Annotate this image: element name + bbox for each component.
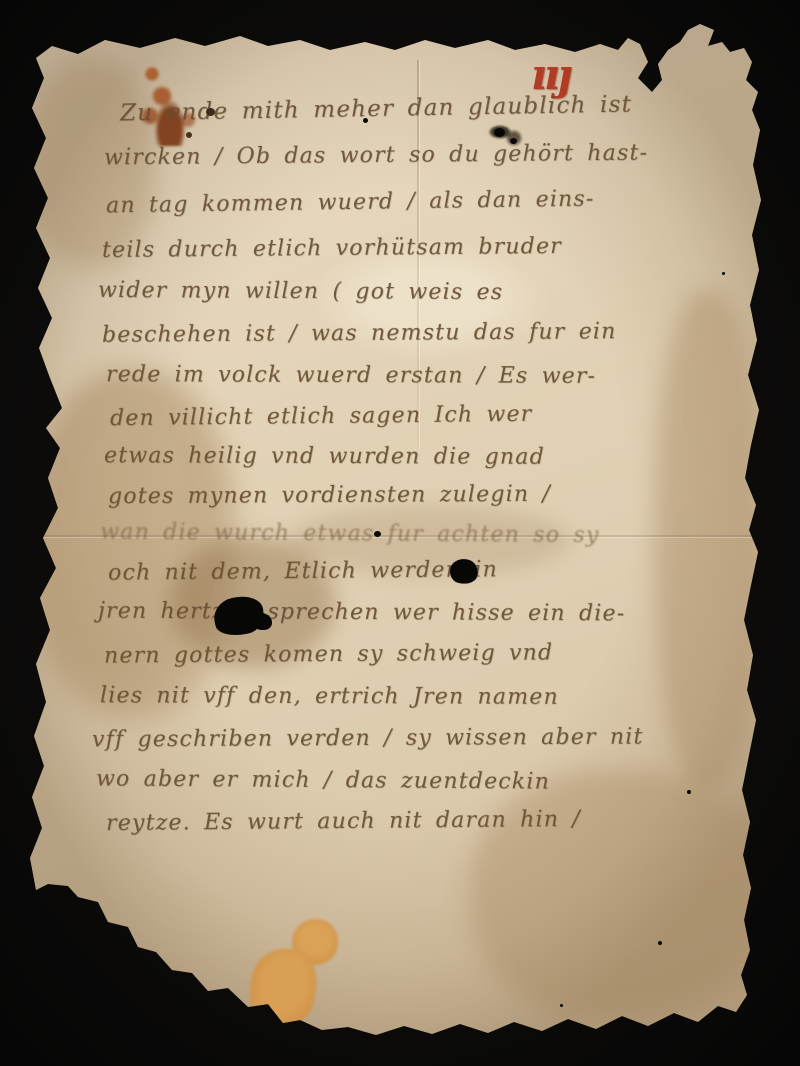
manuscript-line: wircken / Ob das wort so du gehört hast- xyxy=(104,141,648,171)
folio-number: ııȷ xyxy=(531,50,569,99)
ink-speck xyxy=(658,941,662,945)
manuscript-line: lies nit vff den, ertrich Jren namen xyxy=(100,683,559,710)
manuscript-line-faded: wan die wurch etwas fur achten so sy xyxy=(100,519,599,547)
wax-stain-blob xyxy=(241,941,324,1035)
manuscript-photo: ııȷ Zu ende mith meher dan glaublich ist… xyxy=(0,0,800,1066)
manuscript-line: teils durch etlich vorhütsam bruder xyxy=(102,234,562,263)
manuscript-line: gotes mynen vordiensten zulegin / xyxy=(108,482,551,509)
ink-speck xyxy=(494,128,505,137)
manuscript-line: etwas heilig vnd wurden die gnad xyxy=(104,443,545,470)
manuscript-line: wider myn willen ( got weis es xyxy=(98,278,503,305)
ink-speck xyxy=(186,132,192,138)
manuscript-line: den villicht etlich sagen Ich wer xyxy=(110,402,533,431)
manuscript-line: reytze. Es wurt auch nit daran hin / xyxy=(106,807,581,836)
manuscript-line: beschehen ist / was nemstu das fur ein xyxy=(102,319,617,348)
ink-speck xyxy=(560,1004,563,1007)
manuscript-line: och nit dem, Etlich werden in xyxy=(108,557,498,585)
ink-speck xyxy=(687,790,691,794)
manuscript-line: Zu ende mith meher dan glaublich ist xyxy=(120,92,632,127)
ink-speck xyxy=(206,108,215,116)
manuscript-line: an tag kommen wuerd / als dan eins- xyxy=(106,187,595,219)
ink-speck xyxy=(722,272,725,275)
manuscript-leaf: ııȷ Zu ende mith meher dan glaublich ist… xyxy=(0,0,800,1066)
paper-hole xyxy=(252,613,272,630)
water-stain-right xyxy=(655,290,760,790)
manuscript-line: nern gottes komen sy schweig vnd xyxy=(104,640,554,668)
paper-hole xyxy=(374,531,381,537)
manuscript-line: jren hertzen sprechen wer hisse ein die- xyxy=(98,599,625,627)
manuscript-line: wo aber er mich / das zuentdeckin xyxy=(96,766,550,794)
manuscript-line: vff geschriben verden / sy wissen aber n… xyxy=(92,725,644,753)
wax-stain-round xyxy=(292,919,338,965)
manuscript-line: rede im volck wuerd erstan / Es wer- xyxy=(106,362,596,389)
ink-speck xyxy=(510,138,517,144)
ink-speck xyxy=(363,118,368,123)
